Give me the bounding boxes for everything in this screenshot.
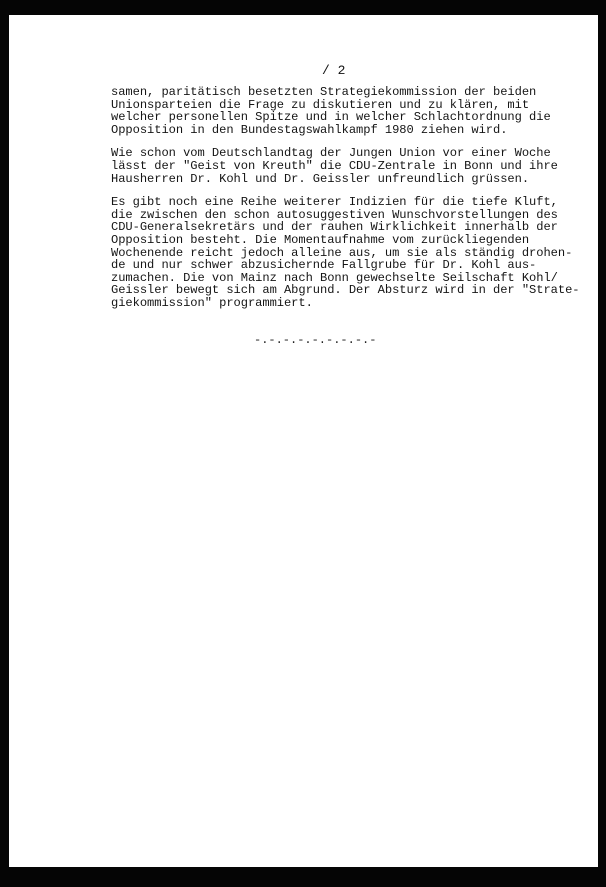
paragraph-1: samen, paritätisch besetzten Strategieko… — [111, 86, 581, 136]
body-text: samen, paritätisch besetzten Strategieko… — [111, 86, 581, 321]
text-line: samen, paritätisch besetzten Strategieko… — [111, 86, 581, 99]
end-mark: -.-.-.-.-.-.-.-.- — [254, 333, 376, 347]
document-page: / 2 samen, paritätisch besetzten Strateg… — [9, 15, 598, 867]
page-number: / 2 — [322, 63, 345, 78]
text-line: welcher personellen Spitze und in welche… — [111, 111, 581, 124]
text-line: de und nur schwer abzusichernde Fallgrub… — [111, 259, 581, 272]
text-line: lässt der "Geist von Kreuth" die CDU-Zen… — [111, 160, 581, 173]
text-line: giekommission" programmiert. — [111, 297, 581, 310]
text-line: Es gibt noch eine Reihe weiterer Indizie… — [111, 196, 581, 209]
paragraph-2: Wie schon vom Deutschlandtag der Jungen … — [111, 147, 581, 185]
paragraph-3: Es gibt noch eine Reihe weiterer Indizie… — [111, 196, 581, 309]
text-line: Opposition besteht. Die Momentaufnahme v… — [111, 234, 581, 247]
text-line: Opposition in den Bundestagswahlkampf 19… — [111, 124, 581, 137]
text-line: Hausherren Dr. Kohl und Dr. Geissler unf… — [111, 173, 581, 186]
